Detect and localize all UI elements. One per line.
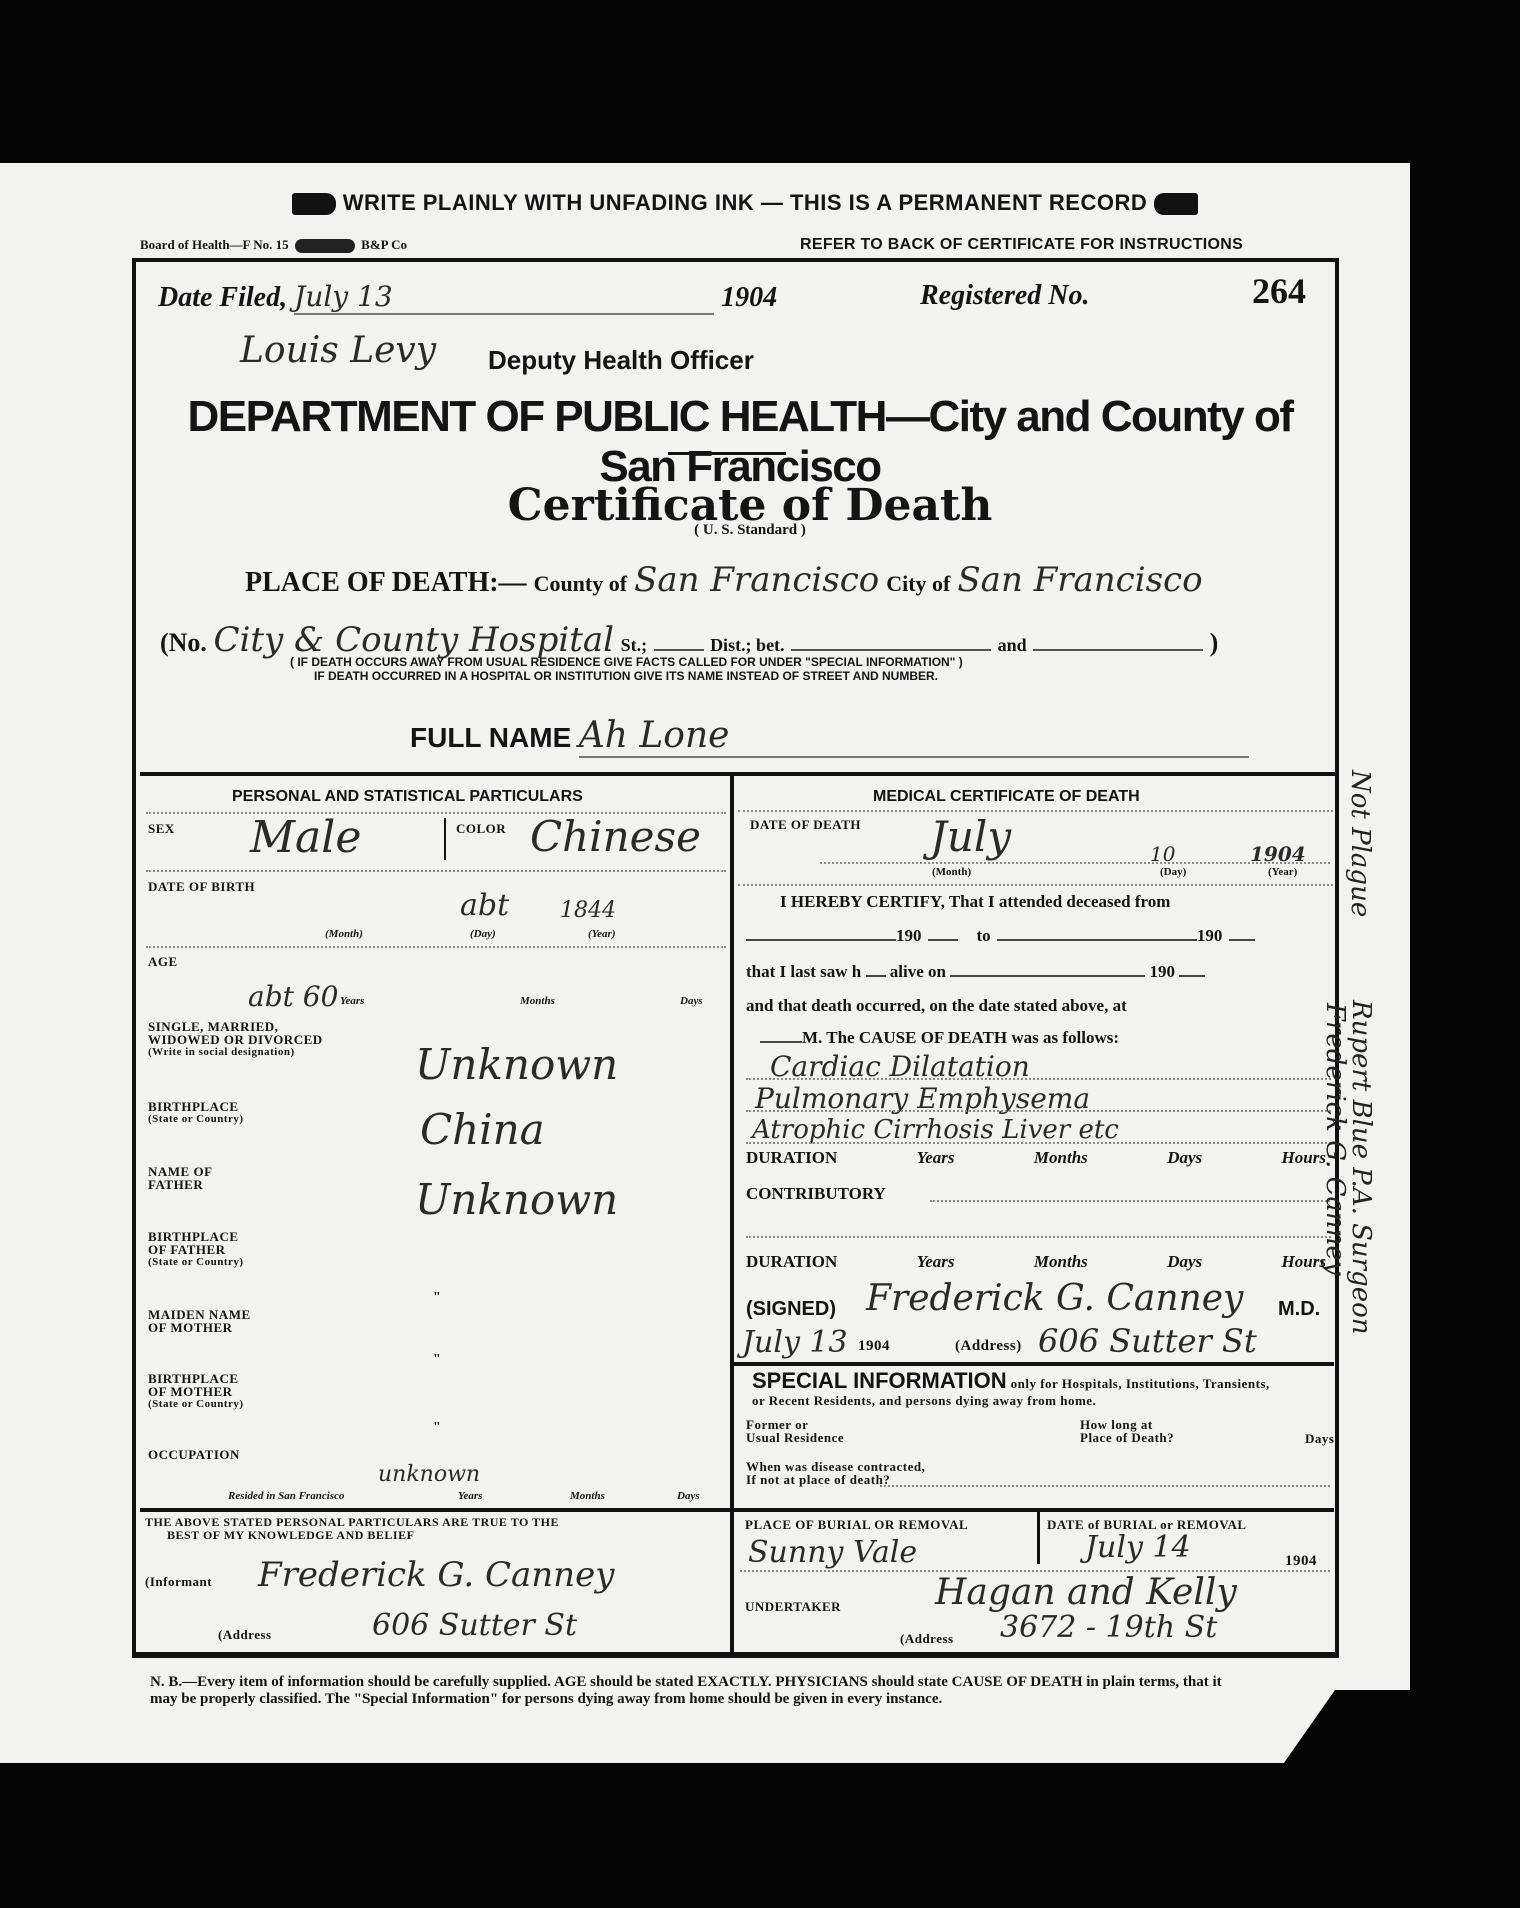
informant-address-label: (Address [218,1628,272,1641]
cause-label: M. The CAUSE OF DEATH was as follows: [760,1028,1119,1048]
full-name-value: Ah Lone [579,715,1249,758]
pointing-hand-icon [1154,193,1198,215]
former-residence-label: Former or Usual Residence [746,1418,844,1444]
contributory-label: CONTRIBUTORY [746,1184,886,1204]
dob-year-value: 1844 [560,898,616,923]
place-of-death: PLACE OF DEATH:— County of San Francisco… [245,560,1203,600]
burial-place-label: PLACE OF BURIAL OR REMOVAL [745,1518,968,1531]
union-seal-icon [295,239,355,253]
physician-address-value: 606 Sutter St [1038,1322,1257,1360]
margin-note-surgeon: Rupert Blue P.A. Surgeon [1346,1000,1376,1335]
special-info-heading: SPECIAL INFORMATION only for Hospitals, … [752,1368,1270,1407]
occupation-label: OCCUPATION [148,1448,240,1461]
officer-signature: Louis Levy [240,330,436,371]
color-label: COLOR [456,822,506,835]
place-note: ( IF DEATH OCCURS AWAY FROM USUAL RESIDE… [290,655,963,683]
full-name: FULL NAME Ah Lone [410,715,1249,758]
registered-no-value: 264 [1252,270,1306,312]
cause-3: Atrophic Cirrhosis Liver etc [752,1115,1119,1145]
dob-label: DATE OF BIRTH [148,880,255,893]
divider [668,452,786,455]
burial-date-value: July 14 [1085,1530,1191,1565]
pointing-hand-icon [292,193,336,215]
place-address-line: (No. City & County Hospital St.; Dist.; … [160,620,1218,660]
informant-statement: THE ABOVE STATED PERSONAL PARTICULARS AR… [145,1516,559,1542]
footnote: N. B.—Every item of information should b… [150,1674,1250,1708]
year-filed: 1904 [721,282,777,313]
burial-place-value: Sunny Vale [748,1535,917,1570]
father-birthplace-value: " [433,1290,441,1306]
hospital-value: City & County Hospital [213,620,614,660]
sex-label: SEX [148,822,175,835]
informant-address-value: 606 Sutter St [372,1608,577,1643]
how-long-label: How long at Place of Death? [1080,1418,1174,1444]
date-of-death-label: DATE OF DEATH [750,818,861,831]
last-saw-line: that I last saw h alive on 190 [746,962,1205,982]
refer-back-note: REFER TO BACK OF CERTIFICATE FOR INSTRUC… [800,236,1243,254]
undertaker-address-value: 3672 - 19th St [1000,1610,1217,1645]
birthplace-value: China [420,1105,545,1154]
birthplace-label: BIRTHPLACE (State or Country) [148,1100,244,1126]
father-birthplace-label: BIRTHPLACE OF FATHER (State or Country) [148,1230,244,1269]
mother-birthplace-label: BIRTHPLACE OF MOTHER (State or Country) [148,1372,244,1411]
certify-line: I HEREBY CERTIFY, That I attended deceas… [780,892,1170,912]
informant-value: Frederick G. Canney [258,1555,614,1595]
duration-row-1: DURATION Years Months Days Hours [746,1148,1326,1168]
death-occurred-line: and that death occurred, on the date sta… [746,996,1127,1016]
medical-heading: MEDICAL CERTIFICATE OF DEATH [873,788,1140,806]
officer-title: Deputy Health Officer [488,345,754,376]
color-value: Chinese [530,812,701,861]
burial-year: 1904 [1285,1555,1317,1568]
marital-label: SINGLE, MARRIED, WIDOWED OR DIVORCED (Wr… [148,1020,323,1059]
signed-year: 1904 [858,1340,890,1353]
permanent-record-header: WRITE PLAINLY WITH UNFADING INK — THIS I… [190,190,1300,216]
registered-no-label: Registered No. [920,280,1090,312]
duration-row-2: DURATION Years Months Days Hours [746,1252,1326,1272]
age-label: AGE [148,955,178,968]
city-value: San Francisco [957,560,1202,600]
mother-name-label: MAIDEN NAME OF MOTHER [148,1308,251,1334]
date-filed-value: July 13 [294,280,714,315]
undertaker-address-label: (Address [900,1632,954,1645]
father-name-value: Unknown [415,1175,618,1224]
date-filed: Date Filed, July 13 1904 [158,280,777,315]
occupation-value: unknown [378,1462,480,1487]
form-number: Board of Health—F No. 15 B&P Co [140,237,407,253]
undertaker-value: Hagan and Kelly [935,1572,1237,1613]
column-divider [730,776,734,1658]
certificate-subtitle: ( U. S. Standard ) [400,522,1100,539]
sex-value: Male [250,812,361,863]
department-title: DEPARTMENT OF PUBLIC HEALTH—City and Cou… [150,392,1330,492]
margin-note-canney: Frederick G. Canney [1320,1003,1350,1276]
age-value: abt 60 [248,980,338,1013]
physician-signature: Frederick G. Canney [866,1278,1243,1319]
father-name-label: NAME OF FATHER [148,1165,213,1191]
mother-name-value: " [433,1352,441,1368]
days-label: Days [1305,1432,1334,1445]
personal-heading: PERSONAL AND STATISTICAL PARTICULARS [232,788,583,806]
dob-day-value: abt [460,888,509,923]
attended-dates: 190 to 190 [746,926,1326,946]
dod-month: July [930,812,1011,861]
signed-date: July 13 [742,1325,848,1360]
informant-label: (Informant [145,1575,212,1588]
contracted-label: When was disease contracted, If not at p… [746,1460,925,1486]
margin-note-not-plague: Not Plague [1345,770,1375,917]
county-value: San Francisco [634,560,879,600]
physician-address-label: (Address) [955,1340,1022,1353]
marital-value: Unknown [415,1040,618,1089]
mother-birthplace-value: " [433,1420,441,1436]
signed-label: (SIGNED) [746,1298,836,1321]
undertaker-label: UNDERTAKER [745,1600,841,1613]
section-rule [140,772,1335,776]
md-label: M.D. [1278,1298,1320,1321]
